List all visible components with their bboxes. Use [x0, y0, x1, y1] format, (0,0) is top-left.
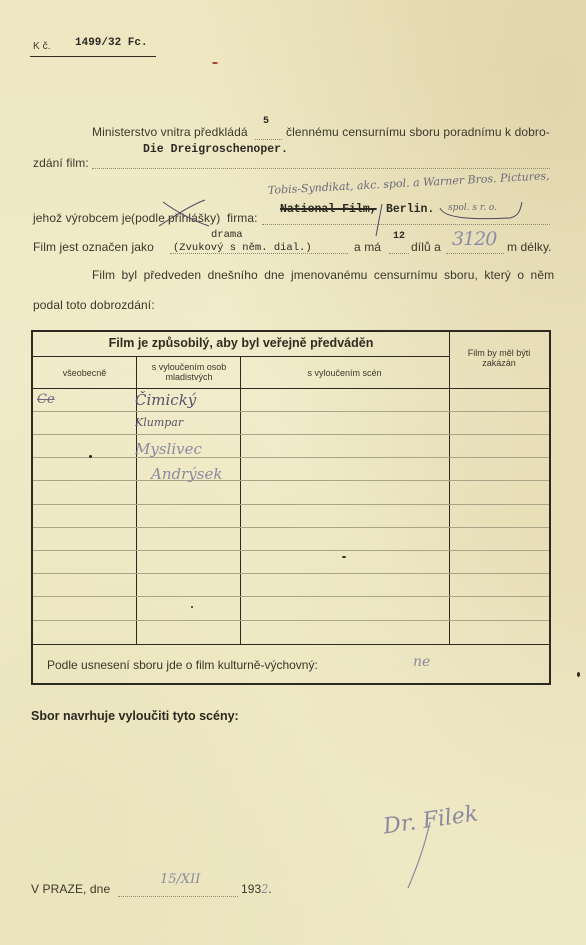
scenes-heading: Sbor navrhuje vyloučiti tyto scény:: [31, 709, 239, 723]
row-line: [33, 480, 549, 481]
insert-mark-icon: [360, 200, 530, 240]
year-printed-digits: 193: [241, 882, 261, 896]
column-header-banned: Film by měl býti zakázán: [453, 348, 545, 368]
cultural-educational-label: Podle usnesení sboru jde o film kulturně…: [47, 658, 318, 672]
general-entry: Ce: [37, 392, 55, 407]
genre: drama: [211, 229, 243, 241]
screening-line1: Film byl předveden dnešního dne jmenovan…: [92, 268, 554, 282]
parts-label: dílů a: [411, 240, 441, 254]
year-printed: 1932.: [241, 882, 272, 896]
youth-entry: Myslivec: [135, 440, 202, 458]
length-line: [446, 253, 504, 254]
cultural-educational-value: ne: [413, 654, 430, 670]
paper-speck: [212, 62, 218, 64]
reference-number: 1499/32 Fc.: [75, 37, 148, 49]
row-line: [33, 457, 549, 458]
column-header-youth: s vyloučením osob mladistvých: [141, 362, 237, 382]
length-unit: m délky.: [507, 240, 552, 254]
signature-stroke-icon: [404, 820, 434, 890]
column-header-general: všeobecně: [33, 368, 136, 378]
assessment-table: Film je způsobilý, aby byl veřejně předv…: [31, 330, 551, 685]
reference-label: K č.: [33, 41, 51, 52]
youth-entry: Čimický: [135, 391, 196, 409]
date-value: 15/XII: [160, 872, 200, 887]
parts-line: [389, 253, 409, 254]
reference-underline: [30, 56, 156, 57]
table-footer-divider: [33, 644, 549, 645]
year-period: .: [268, 882, 271, 896]
length: 3120: [452, 228, 496, 250]
screening-line2: podal toto dobrozdání:: [33, 298, 155, 312]
film-title: Die Dreigroschenoper.: [143, 143, 288, 156]
producer-handwritten: Tobis-Syndikat, akc. spol. a Warner Bros…: [268, 169, 550, 197]
designation-middle: a má: [354, 240, 381, 254]
row-line: [33, 434, 549, 435]
film-title-line: [92, 168, 550, 169]
genre-detail: (Zvukový s něm. dial.): [173, 242, 312, 254]
row-line: [33, 596, 549, 597]
table-main-header: Film je způsobilý, aby byl veřejně předv…: [33, 336, 449, 350]
date-line: [118, 896, 238, 897]
producer-label-suffix: firma:: [227, 211, 258, 225]
intro-line1-suffix: člennému censurnímu sboru poradnímu k do…: [286, 125, 550, 139]
row-line: [33, 550, 549, 551]
row-line: [33, 411, 549, 412]
designation-label: Film jest označen jako: [33, 240, 154, 254]
board-number-line: [255, 139, 282, 140]
youth-entry: Andrýsek: [151, 465, 222, 483]
column-header-scenes: s vyloučením scén: [240, 368, 449, 378]
row-line: [33, 527, 549, 528]
intro-line2-label: zdání film:: [33, 156, 89, 170]
intro-line1-prefix: Ministerstvo vnitra předkládá: [92, 125, 248, 139]
ink-speck: [191, 606, 193, 608]
column-divider-2: [240, 356, 241, 644]
place-date-label: V PRAZE, dne: [31, 882, 110, 896]
cross-out-mark-icon: [155, 198, 215, 230]
board-number: 5: [263, 116, 269, 127]
producer-label-prefix: jehož výrobcem je: [33, 211, 131, 225]
row-line: [33, 504, 549, 505]
header-bottom-line: [33, 388, 549, 389]
ink-speck: [342, 556, 346, 558]
row-line: [33, 620, 549, 621]
row-line: [33, 573, 549, 574]
column-divider-3: [449, 332, 450, 644]
parts: 12: [393, 231, 405, 242]
header-divider: [33, 356, 449, 357]
youth-entry: Klumpar: [135, 416, 183, 429]
ink-speck: [89, 455, 92, 458]
paper-speck: [577, 672, 580, 677]
